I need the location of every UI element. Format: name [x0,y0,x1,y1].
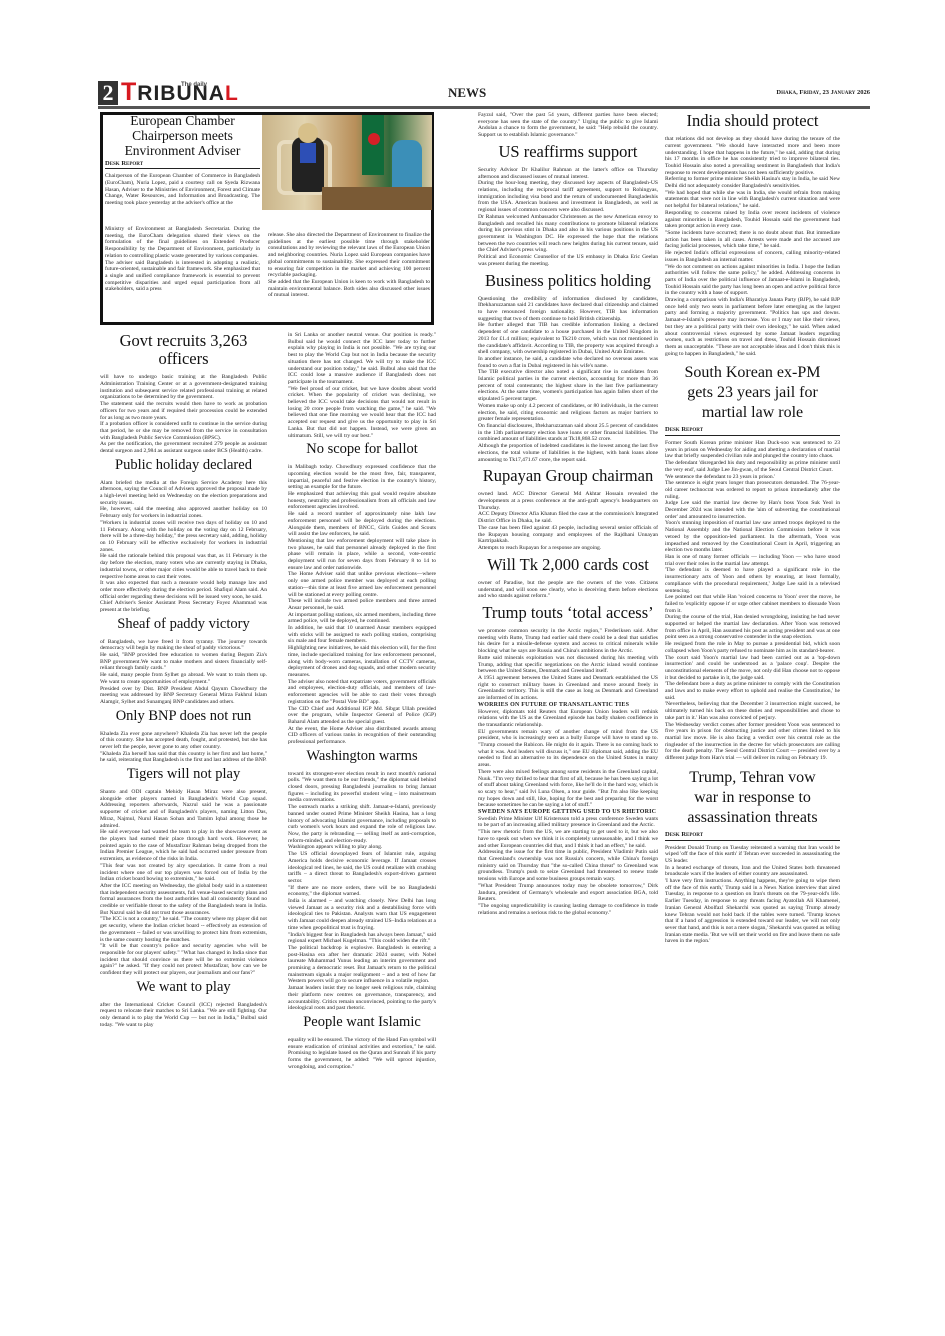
paragraph: Ministry of Environment at Bangladesh Se… [105,226,260,260]
page-number: 2 [98,81,118,105]
paragraph: "We do not comment on actions against mi… [665,264,840,298]
headline: Washington warms [288,749,436,765]
paragraph: Women make up only 4.2 percent of candid… [478,403,658,423]
paragraph: "It will be that country's police and se… [100,943,267,977]
paragraph: of Bangladesh, we have freed it from tyr… [100,639,267,652]
paragraph: Chief Adviser's Senior Assistant Press S… [100,600,267,613]
paragraph: She added that the European Union is kee… [268,279,430,299]
paragraph: owned land. ACC Director General Md Akht… [478,491,658,511]
article-no-scope-ballot: No scope for ballot in Malibagh today. C… [288,442,436,745]
paragraph: in Malibagh today. Chowdhury expressed c… [288,464,436,491]
column-1: Govt recruits 3,263 officers will have t… [100,332,267,1029]
newspaper-logo: 2 The dailyTRIBUNAL [98,80,239,105]
paragraph: Jamaat leaders insist they no longer see… [288,985,436,1012]
paragraph: 'The defendant bore a duty as prime mini… [665,681,840,701]
paragraph: Former South Korean prime minister Han D… [665,440,840,460]
paragraph: 'The defendant is deemed to have played … [665,567,840,594]
paragraph: The adviser said Bangladesh is intereste… [105,260,260,294]
subheading: WORRIES ON FUTURE OF TRANSATLANTIC TIES [478,702,658,709]
article-trump-total-access: Trump touts ‘total access’ we promote co… [478,604,658,916]
paragraph: Presided over by Dist. BNP President Abd… [100,686,267,706]
article-only-bnp: Only BNP does not run Khaleda Zia ever g… [100,709,267,764]
paragraph: "This new rhetoric from the US, we are s… [478,829,658,849]
headline: Trump, Tehran vow war in response to ass… [677,768,828,828]
paragraph: He said, many people from Sylhet go abro… [100,672,267,685]
paragraph: As per the notification, the government … [100,441,267,454]
article-india-should-protect: India should protect that relations did … [665,112,840,357]
headline: Tigers will not play [100,767,267,783]
article-rupayan: Rupayan Group chairman owned land. ACC D… [478,467,658,551]
paragraph: Fayzul said, "Over the past 54 years, di… [478,112,658,139]
paragraph: In a heated exchange of threats, Iran an… [665,865,840,878]
paragraph: He, however, said the meeting also appro… [100,506,267,519]
paragraph: Yoon's stunning imposition of martial la… [665,520,840,554]
column-2: in Sri Lanka or another neutral venue. O… [288,332,436,1070]
paragraph: "What President Trump announces today ma… [478,883,658,903]
headline: We want to play [100,980,267,996]
paragraph: Han is one of many former officials — in… [665,554,840,567]
paragraph: The US official downplayed fears of Isla… [288,851,436,885]
paragraph: Referring to former prime minister Sheik… [665,176,840,189]
article-us-reaffirms: US reaffirms support Security Advisor Dr… [478,143,658,268]
paragraph: The TIB executive director also noted a … [478,369,658,403]
article-sheaf-of-paddy: Sheaf of paddy victory of Bangladesh, we… [100,617,267,706]
paragraph: However, diplomats told Reuters that Eur… [478,709,658,729]
paragraph: 'I have very firm instructions. Anything… [665,878,840,945]
paragraph: "The ICC is not a country," he said. "Th… [100,916,267,943]
paragraph: Attempts to reach Rupayan for a response… [478,545,658,552]
paragraph: The Wednesday verdict comes after former… [665,722,840,762]
byline: Desk Report [665,427,840,436]
paragraph: The adviser also noted that expatriate v… [288,679,436,706]
article-tigers: Tigers will not play Shanto and ODI capt… [100,767,267,977]
masthead-rule [98,106,870,109]
paragraph: "This fear was not created by airy specu… [100,863,267,883]
paragraph: after the International Cricket Council … [100,1002,267,1029]
headline: Govt recruits 3,263 officers [100,332,267,368]
article-faizul-continued: Fayzul said, "Over the past 54 years, di… [478,112,658,139]
headline: Will Tk 2,000 cards cost [478,556,658,574]
paragraph: 'We sentence the defendant to 23 years i… [665,474,840,481]
paragraph: He said the rationale behind this propos… [100,553,267,580]
person-shirt [300,143,316,163]
paragraph: There were also mixed feelings among som… [478,769,658,809]
paragraph: It was also expected that such a measure… [100,580,267,600]
paragraph: After the ICC meeting on Wednesday, the … [100,883,267,917]
paragraph: At important polling stations, six armed… [288,612,436,625]
headline: European Chamber Chairperson meets Envir… [105,114,260,159]
brand-name: The dailyTRIBUNAL [121,81,239,105]
paragraph: Drawing a comparison with India's Bharat… [665,297,840,357]
article-south-korea-ex-pm: South Korean ex-PM gets 23 years jail fo… [665,363,840,761]
headline: People want Islamic [288,1015,436,1031]
paragraph: "We feel proud of our cricket, but we ha… [288,386,436,440]
paragraph: "We had hoped that while she was in Indi… [665,190,840,210]
headline: Rupayan Group chairman [478,467,658,485]
section-title: NEWS [448,85,486,101]
paragraph: "Some incidents have occurred; there is … [665,230,840,250]
lead-story-box-border [100,322,434,325]
paragraph: 'Nevertheless, believing that the Decemb… [665,701,840,721]
headline: Business politics holding [478,272,658,290]
article-business-politics: Business politics holding Questioning th… [478,272,658,464]
paragraph: He rejected India's official expressions… [665,250,840,263]
person-head [298,123,318,143]
paragraph: The defendant 'disregarded his duty and … [665,460,840,473]
table [322,187,432,210]
paragraph: ACC Deputy Director Afia Khatun filed th… [478,511,658,524]
dateline: Dhaka, Friday, 23 January 2026 [776,89,870,96]
paragraph: Alam briefed the media at the Foreign Se… [100,480,267,507]
paragraph: that relations did not develop as they s… [665,136,840,176]
paragraph: At the event, the Home Adviser also dist… [288,726,436,746]
paragraph: He resigned from the role in May to purs… [665,641,840,654]
paragraph: Responding to concerns raised by India o… [665,210,840,230]
subheading: SWEDEN SAYS EUROPE GETTING USED TO US RH… [478,809,658,816]
lead-story-body: Ministry of Environment at Bangladesh Se… [105,226,260,293]
paragraph: Lee pointed out that while Han 'voiced c… [665,594,840,614]
paragraph: Khaleda Zia ever gone anywhere? Khaleda … [100,731,267,751]
article-people-want-islamic: People want Islamic equality will be ens… [288,1015,436,1070]
lead-story-intro: European Chamber Chairperson meets Envir… [105,114,260,207]
headline: India should protect [665,112,840,130]
article-we-want-to-play: We want to play after the International … [100,980,267,1029]
paragraph: He further alleged that TIB has credible… [478,322,658,356]
paragraph: Security Advisor Dr Khalilur Rahman at t… [478,167,658,180]
paragraph: He said everyone had wanted the team to … [100,829,267,863]
paragraph: "The ongoing unpredictability is causing… [478,903,658,916]
headline: US reaffirms support [478,143,658,161]
lead-story-body-cont: release. She also directed the Departmen… [268,232,430,299]
article-public-holiday: Public holiday declared Alam briefed the… [100,458,267,614]
byline: Desk Report [665,832,840,841]
article-play-continued: in Sri Lanka or another neutral venue. O… [288,332,436,439]
paragraph: Dr Rahman welcomed Ambassador Christense… [478,214,658,254]
headline: Sheaf of paddy victory [100,617,267,633]
brand-tagline: The daily [181,74,207,96]
flag-circle [368,133,380,145]
paragraph: Addressing the issue for the first time … [478,849,658,883]
paragraph: owner of Paradise, but the people are th… [478,580,658,600]
paragraph: The case has been filed against 43 peopl… [478,525,658,545]
paragraph: In another instance, he said, a candidat… [478,356,658,369]
paragraph: Although the proportion of indebted cand… [478,443,658,463]
column-4: India should protect that relations did … [665,112,840,945]
paragraph: During the course of the trial, Han deni… [665,614,840,641]
paragraph: Shanto and ODI captain Mehidy Hasan Mira… [100,789,267,829]
paragraph: "India's biggest fear in Bangladesh has … [288,932,436,945]
paragraph: The Home Adviser said that unlike previo… [288,571,436,598]
paragraph: He said, "BNP provided free education to… [100,652,267,672]
paragraph: in Sri Lanka or another neutral venue. O… [288,332,436,386]
paragraph: will have to undergo basic training at t… [100,374,267,401]
column-3: Fayzul said, "Over the past 54 years, di… [478,112,658,916]
paragraph: Judge Lee said the martial law decree by… [665,500,840,520]
paragraph: A 1951 agreement between the United Stat… [478,675,658,702]
paragraph: He said a record number of approximately… [288,511,436,538]
byline: Desk Report [105,161,260,170]
article-govt-recruits: Govt recruits 3,263 officers will have t… [100,332,267,455]
paragraph: Political and Economic Counsellor of the… [478,254,658,267]
bangladesh-flag [362,115,384,175]
paragraph: The sentence is eight years longer than … [665,480,840,500]
headline: Public holiday declared [100,458,267,474]
paragraph: These will include two armed police memb… [288,598,436,611]
headline: South Korean ex-PM gets 23 years jail fo… [677,363,828,423]
paragraph: Questioning the credibility of informati… [478,296,658,323]
paragraph: Highlighting new initiatives, he said th… [288,645,436,679]
paragraph: Mentioning that law enforcement deployme… [288,538,436,572]
paragraph: The court said Yoon's martial law had be… [665,655,840,682]
paragraph: The political backdrop is explosive. Ban… [288,945,436,985]
headline: Only BNP does not run [100,709,267,725]
paragraph: release. She also directed the Departmen… [268,232,430,279]
paragraph: "Khaleda Zia herself has said that this … [100,751,267,764]
paragraph: The statement said the recruits would th… [100,401,267,421]
headline: Trump touts ‘total access’ [478,604,658,622]
story-photo [262,115,432,210]
paragraph: During the hour-long meeting, they discu… [478,180,658,214]
paragraph: "Workers in industrial zones will receiv… [100,520,267,554]
paragraph: On financial disclosures, Iftekharuzzama… [478,423,658,443]
article-washington-warms: Washington warms toward its strongest-ev… [288,749,436,1012]
paragraph: The outreach marks a striking shift. Jam… [288,804,436,844]
paragraph: The CID Chief and Additional IGP Md. Sib… [288,706,436,726]
paragraph: EU governments remain wary of another ch… [478,729,658,769]
paragraph: we promote common security in the Arctic… [478,628,658,655]
paragraph: equality will be ensured. The victory of… [288,1037,436,1071]
paragraph: He emphasized that achieving this goal w… [288,491,436,511]
paragraph: Swedish Prime Minister Ulf Kristersson t… [478,816,658,829]
masthead: 2 The dailyTRIBUNAL NEWS Dhaka, Friday, … [98,80,870,106]
paragraph: President Donald Trump on Tuesday reiter… [665,845,840,865]
paragraph: If a probation officer is considered unf… [100,421,267,441]
article-trump-tehran: Trump, Tehran vow war in response to ass… [665,768,840,945]
paragraph: toward its strongest-ever election resul… [288,771,436,805]
headline: No scope for ballot [288,442,436,458]
article-tk-2000-cards: Will Tk 2,000 cards cost owner of Paradi… [478,556,658,600]
paragraph: India is alarmed – and watching closely.… [288,898,436,932]
paragraph: Chairperson of the European Chamber of C… [105,173,260,207]
paragraph: "If there are no more orders, there will… [288,885,436,898]
paragraph: Rutte said minerals exploitation was not… [478,655,658,675]
paragraph: In addition, he said that 10 unarmed Ans… [288,625,436,645]
